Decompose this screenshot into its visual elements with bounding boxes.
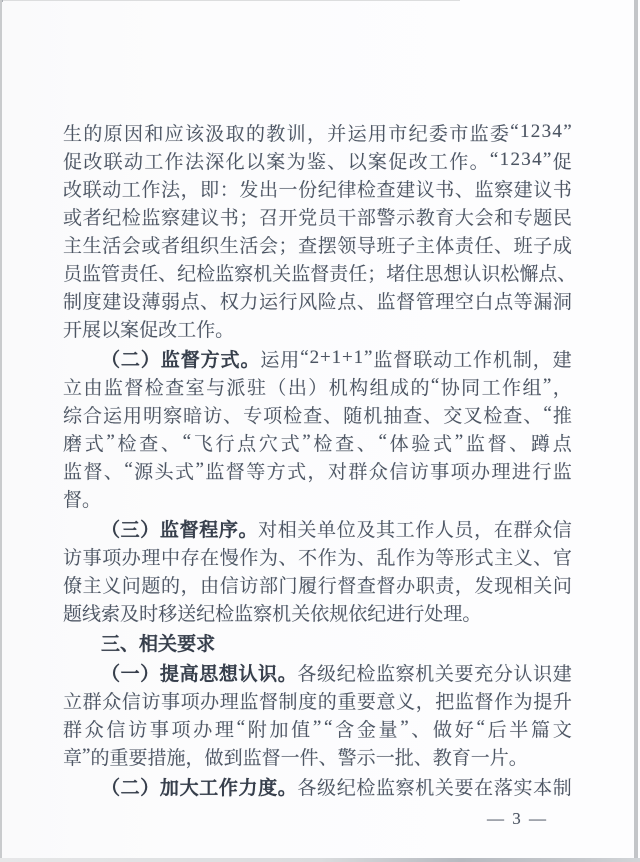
text-line: 立由监督检查室与派驻（出）机构组成的“协同工作组”， bbox=[63, 372, 572, 400]
page-number: — 3 — bbox=[487, 809, 548, 829]
text-line: 访事项办理中存在慢作为、不作为、乱作为等形式主义、官 bbox=[63, 542, 572, 570]
text-line: 督。 bbox=[63, 484, 572, 512]
text-line: 员监管责任、纪检监察机关监督责任；堵住思想认识松懈点、 bbox=[63, 258, 572, 286]
text-line: 改联动工作法，即：发出一份纪律检查建议书、监察建议书 bbox=[63, 174, 572, 202]
text-line: （三）监督程序。对相关单位及其工作人员，在群众信 bbox=[63, 514, 572, 542]
paragraph: （三）监督程序。对相关单位及其工作人员，在群众信访事项办理中存在慢作为、不作为、… bbox=[63, 514, 572, 626]
text-line: 促改联动工作法深化以案为鉴、以案促改工作。“1234”促 bbox=[63, 146, 572, 174]
text-line: 章”的重要措施，做到监督一件、警示一批、教育一片。 bbox=[63, 742, 572, 770]
text-block: 生的原因和应该汲取的教训，并运用市纪委市监委“1234”促改联动工作法深化以案为… bbox=[63, 118, 572, 800]
document-page: 生的原因和应该汲取的教训，并运用市纪委市监委“1234”促改联动工作法深化以案为… bbox=[0, 0, 640, 862]
text-line: 三、相关要求 bbox=[63, 628, 572, 656]
text-line: 或者纪检监察建议书；召开党员干部警示教育大会和专题民 bbox=[63, 202, 572, 230]
paragraph: 三、相关要求 bbox=[63, 628, 572, 656]
paragraph: （二）加大工作力度。各级纪检监察机关要在落实本制 bbox=[63, 772, 572, 800]
text-line: （一）提高思想认识。各级纪检监察机关要充分认识建 bbox=[63, 658, 572, 686]
scan-edge-bottom bbox=[0, 858, 640, 862]
text-line: 僚主义问题的，由信访部门履行督查督办职责，发现相关问 bbox=[63, 570, 572, 598]
text-line: 开展以案促改工作。 bbox=[63, 314, 572, 342]
paragraph: （二）监督方式。运用“2+1+1”监督联动工作机制，建立由监督检查室与派驻（出）… bbox=[63, 344, 572, 512]
scan-edge-left bbox=[0, 0, 2, 862]
text-line: 题线索及时移送纪检监察机关依规依纪进行处理。 bbox=[63, 598, 572, 626]
text-line: （二）加大工作力度。各级纪检监察机关要在落实本制 bbox=[63, 772, 572, 800]
text-line: 主生活会或者组织生活会；查摆领导班子主体责任、班子成 bbox=[63, 230, 572, 258]
scan-edge-top bbox=[0, 0, 460, 1]
text-line: 制度建设薄弱点、权力运行风险点、监督管理空白点等漏洞 bbox=[63, 286, 572, 314]
text-line: （二）监督方式。运用“2+1+1”监督联动工作机制，建 bbox=[63, 344, 572, 372]
text-line: 综合运用明察暗访、专项检查、随机抽查、交叉检查、“推 bbox=[63, 400, 572, 428]
text-line: 生的原因和应该汲取的教训，并运用市纪委市监委“1234” bbox=[63, 118, 572, 146]
text-line: 立群众信访事项办理监督制度的重要意义，把监督作为提升 bbox=[63, 686, 572, 714]
scan-edge-right bbox=[634, 0, 638, 862]
text-line: 磨式”检查、“飞行点穴式”检查、“体验式”监督、蹲点 bbox=[63, 428, 572, 456]
text-line: 群众信访事项办理“附加值”“含金量”、做好“后半篇文 bbox=[63, 714, 572, 742]
text-line: 监督、“源头式”监督等方式，对群众信访事项办理进行监 bbox=[63, 456, 572, 484]
paragraph: 生的原因和应该汲取的教训，并运用市纪委市监委“1234”促改联动工作法深化以案为… bbox=[63, 118, 572, 342]
paragraph: （一）提高思想认识。各级纪检监察机关要充分认识建立群众信访事项办理监督制度的重要… bbox=[63, 658, 572, 770]
